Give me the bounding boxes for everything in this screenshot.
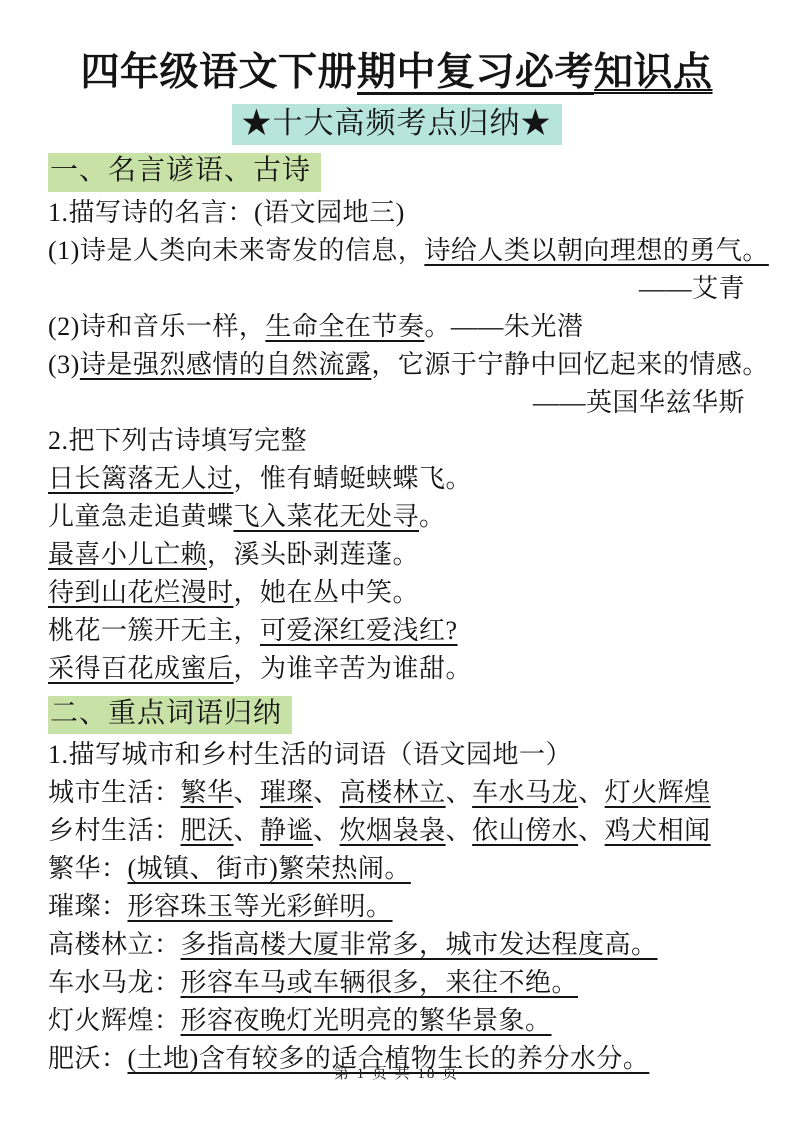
- subtitle-row: ★十大高频考点归纳★: [48, 104, 745, 146]
- title-underlined-text: 知识点: [594, 51, 713, 94]
- document-page: 四年级语文下册期中复习必考知识点 ★十大高频考点归纳★ 一、名言谚语、古诗 1.…: [0, 0, 793, 1122]
- plain-text: 璀璨：: [48, 892, 128, 921]
- text-line: 待到山花烂漫时，她在丛中笑。: [48, 574, 745, 612]
- text-line: 灯火辉煌：形容夜晚灯光明亮的繁华景象。: [48, 1002, 745, 1040]
- plain-text: 。——朱光潜: [424, 312, 583, 341]
- underlined-answer-text: 静谧: [260, 816, 313, 845]
- text-line: (2)诗和音乐一样，生命全在节奏。——朱光潜: [48, 308, 745, 346]
- plain-text: 、: [234, 778, 261, 807]
- underlined-answer-text: 依山傍水: [472, 816, 578, 845]
- text-line: (3)诗是强烈感情的自然流露，它源于宁静中回忆起来的情感。: [48, 346, 745, 384]
- text-line: 日长篱落无人过，惟有蜻蜓蛱蝶飞。: [48, 460, 745, 498]
- underlined-answer-text: 生命全在节奏: [265, 312, 424, 341]
- plain-text: 1.描写城市和乡村生活的词语（语文园地一）: [48, 740, 572, 769]
- underlined-answer-text: 灯火辉煌: [605, 778, 711, 807]
- underlined-answer-text: 多指高楼大厦非常多，城市发达程度高。: [181, 930, 658, 959]
- plain-text: 。: [419, 502, 446, 531]
- text-line: (1)诗是人类向未来寄发的信息，诗给人类以朝向理想的勇气。: [48, 232, 745, 270]
- plain-text: 2.把下列古诗填写完整: [48, 426, 307, 455]
- underlined-answer-text: 形容车马或车辆很多，来往不绝。: [181, 968, 579, 997]
- underlined-answer-text: 繁华: [181, 778, 234, 807]
- title-underlined-text: 期中复习必考: [357, 51, 594, 94]
- text-line: 最喜小儿亡赖，溪头卧剥莲蓬。: [48, 536, 745, 574]
- plain-text: 、: [446, 778, 473, 807]
- document-content: 四年级语文下册期中复习必考知识点 ★十大高频考点归纳★ 一、名言谚语、古诗 1.…: [0, 0, 793, 1078]
- underlined-answer-text: 肥沃: [181, 816, 234, 845]
- text-line: 儿童急走追黄蝶飞入菜花无处寻。: [48, 498, 745, 536]
- plain-text: ，它源于宁静中回忆起来的情感。: [371, 350, 769, 379]
- plain-text: 、: [446, 816, 473, 845]
- underlined-answer-text: 诗是强烈感情的自然流露: [80, 350, 372, 379]
- plain-text: 繁华：: [48, 854, 128, 883]
- section-key-words: 二、重点词语归纳 1.描写城市和乡村生活的词语（语文园地一）城市生活：繁华、璀璨…: [48, 696, 745, 1078]
- document-title: 四年级语文下册期中复习必考知识点: [48, 50, 745, 97]
- section-1-heading: 一、名言谚语、古诗: [48, 153, 321, 191]
- plain-text: (3): [48, 350, 80, 379]
- underlined-answer-text: 采得百花成蜜后: [48, 654, 234, 683]
- text-line: 1.描写城市和乡村生活的词语（语文园地一）: [48, 736, 745, 774]
- underlined-answer-text: 璀璨: [260, 778, 313, 807]
- underlined-answer-text: 飞入菜花无处寻: [234, 502, 420, 531]
- plain-text: ，为谁辛苦为谁甜。: [234, 654, 473, 683]
- plain-text: 1.描写诗的名言：(语文园地三): [48, 198, 405, 227]
- underlined-answer-text: 高楼林立: [340, 778, 446, 807]
- underlined-answer-text: 形容珠玉等光彩鲜明。: [128, 892, 393, 921]
- underlined-answer-text: 形容夜晚灯光明亮的繁华景象。: [181, 1006, 552, 1035]
- section-2-heading: 二、重点词语归纳: [48, 696, 292, 734]
- attribution-line: ——艾青: [48, 270, 745, 308]
- plain-text: 、: [578, 778, 605, 807]
- text-line: 城市生活：繁华、璀璨、高楼林立、车水马龙、灯火辉煌: [48, 774, 745, 812]
- plain-text: (2)诗和音乐一样，: [48, 312, 265, 341]
- plain-text: 儿童急走追黄蝶: [48, 502, 234, 531]
- plain-text: 、: [578, 816, 605, 845]
- section-1-lines: 1.描写诗的名言：(语文园地三)(1)诗是人类向未来寄发的信息，诗给人类以朝向理…: [48, 194, 745, 688]
- underlined-answer-text: 待到山花烂漫时: [48, 578, 234, 607]
- plain-text: ，溪头卧剥莲蓬。: [207, 540, 419, 569]
- page-number-text: 第 1 页 共 18 页: [334, 1066, 459, 1082]
- plain-text: ，她在丛中笑。: [234, 578, 420, 607]
- text-line: 繁华：(城镇、街市)繁荣热闹。: [48, 850, 745, 888]
- underlined-answer-text: 鸡犬相闻: [605, 816, 711, 845]
- document-title-text: 四年级语文下册期中复习必考知识点: [80, 51, 712, 94]
- section-2-heading-row: 二、重点词语归纳: [48, 696, 745, 734]
- text-line: 2.把下列古诗填写完整: [48, 422, 745, 460]
- underlined-answer-text: 炊烟袅袅: [340, 816, 446, 845]
- plain-text: 、: [313, 778, 340, 807]
- text-line: 乡村生活：肥沃、静谧、炊烟袅袅、依山傍水、鸡犬相闻: [48, 812, 745, 850]
- text-line: 1.描写诗的名言：(语文园地三): [48, 194, 745, 232]
- title-plain-text: 四年级语文下册: [80, 51, 357, 94]
- section-2-lines: 1.描写城市和乡村生活的词语（语文园地一）城市生活：繁华、璀璨、高楼林立、车水马…: [48, 736, 745, 1078]
- section-famous-sayings-poems: 一、名言谚语、古诗 1.描写诗的名言：(语文园地三)(1)诗是人类向未来寄发的信…: [48, 153, 745, 687]
- underlined-answer-text: 可爱深红爱浅红?: [260, 616, 458, 645]
- underlined-answer-text: 最喜小儿亡赖: [48, 540, 207, 569]
- plain-text: 桃花一簇开无主，: [48, 616, 260, 645]
- plain-text: 乡村生活：: [48, 816, 181, 845]
- underlined-answer-text: 日长篱落无人过: [48, 464, 234, 493]
- plain-text: ——艾青: [639, 274, 745, 303]
- plain-text: ——英国华兹华斯: [533, 388, 745, 417]
- text-line: 桃花一簇开无主，可爱深红爱浅红?: [48, 612, 745, 650]
- subtitle-highlight: ★十大高频考点归纳★: [232, 104, 562, 146]
- page-footer: 第 1 页 共 18 页: [0, 1062, 793, 1083]
- text-line: 璀璨：形容珠玉等光彩鲜明。: [48, 888, 745, 926]
- section-1-heading-row: 一、名言谚语、古诗: [48, 153, 745, 191]
- plain-text: 、: [313, 816, 340, 845]
- text-line: 采得百花成蜜后，为谁辛苦为谁甜。: [48, 650, 745, 688]
- plain-text: 、: [234, 816, 261, 845]
- plain-text: 城市生活：: [48, 778, 181, 807]
- underlined-answer-text: 车水马龙: [472, 778, 578, 807]
- plain-text: 高楼林立：: [48, 930, 181, 959]
- text-line: 车水马龙：形容车马或车辆很多，来往不绝。: [48, 964, 745, 1002]
- plain-text: 灯火辉煌：: [48, 1006, 181, 1035]
- attribution-line: ——英国华兹华斯: [48, 384, 745, 422]
- underlined-answer-text: (城镇、街市)繁荣热闹。: [128, 854, 411, 883]
- plain-text: ，惟有蜻蜓蛱蝶飞。: [234, 464, 473, 493]
- underlined-answer-text: 诗给人类以朝向理想的勇气。: [424, 236, 769, 265]
- text-line: 高楼林立：多指高楼大厦非常多，城市发达程度高。: [48, 926, 745, 964]
- plain-text: (1)诗是人类向未来寄发的信息，: [48, 236, 424, 265]
- plain-text: 车水马龙：: [48, 968, 181, 997]
